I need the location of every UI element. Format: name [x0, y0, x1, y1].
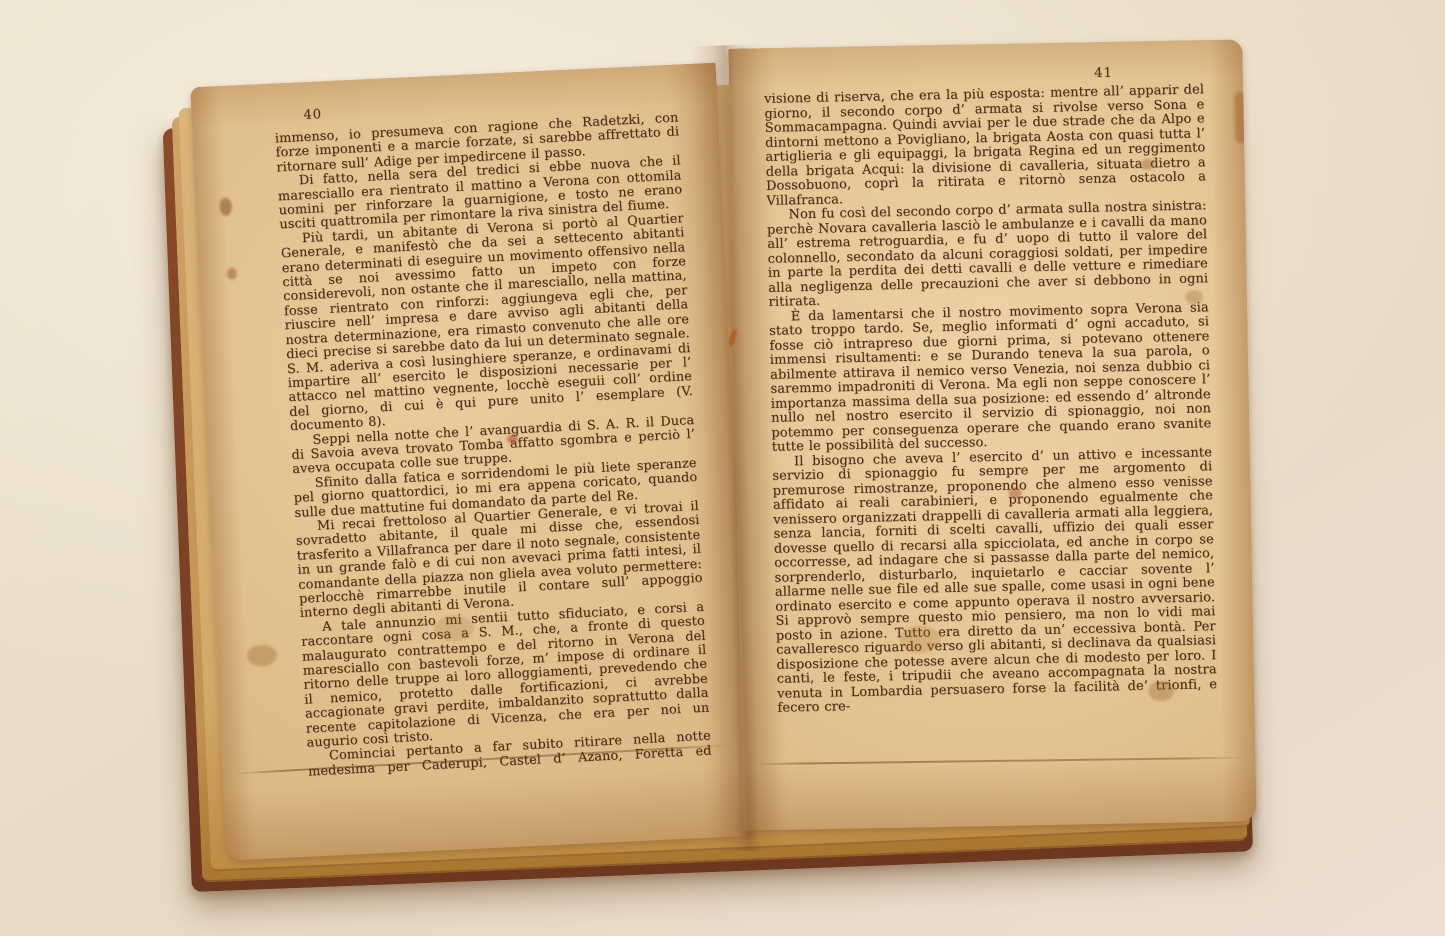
foxing-stain [227, 267, 238, 279]
paragraph: A tale annunzio mi sentii tutto sfiducia… [300, 600, 710, 751]
page-number-left: 40 [303, 107, 322, 123]
paragraph: visione di riserva, che era la più espos… [764, 83, 1206, 209]
paragraph: È da lamentarsi che il nostro movimento … [769, 301, 1212, 456]
page-edge-notch [1234, 91, 1247, 143]
paragraph: Non fu così del secondo corpo d’ armata … [767, 199, 1209, 310]
page-number-right: 41 [1094, 66, 1113, 81]
foxing-stain [246, 644, 277, 667]
page-left-text: immenso, io presumeva con ragione che Ra… [275, 111, 712, 779]
page-right: 41 visione di riserva, che era la più es… [728, 39, 1256, 830]
paragraph: Il bisogno che aveva l’ esercito d’ un a… [772, 446, 1218, 717]
page-right-text: visione di riserva, che era la più espos… [764, 83, 1219, 764]
paragraph: Più tardi, un abitante di Verona si port… [280, 212, 694, 435]
page-left: 40 immenso, io presumeva con ragione che… [190, 63, 752, 861]
table-surface: 40 immenso, io presumeva con ragione che… [0, 0, 1445, 936]
open-book: 40 immenso, io presumeva con ragione che… [136, 19, 1274, 896]
foxing-stain [219, 198, 232, 217]
